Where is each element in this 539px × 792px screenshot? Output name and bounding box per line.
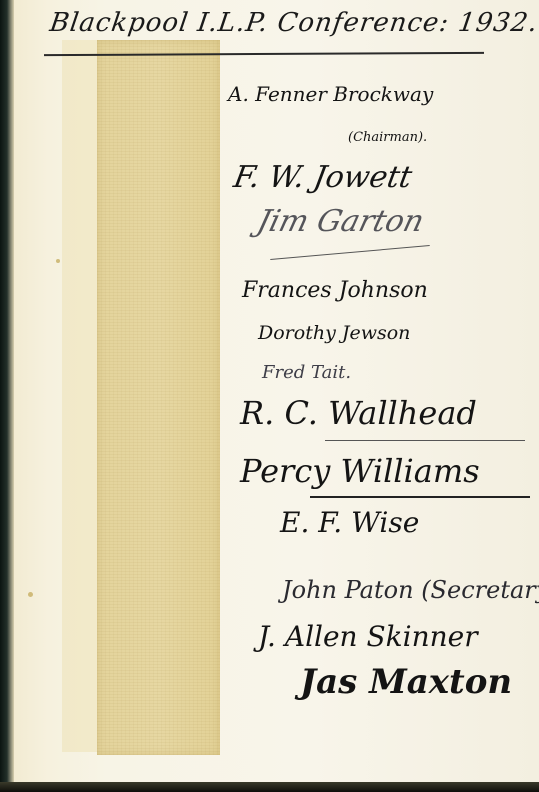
foxing-spot — [28, 592, 33, 597]
signature-williams: Percy Williams — [240, 452, 480, 490]
signature-wallhead: R. C. Wallhead — [240, 394, 477, 432]
signature-jowett: F. W. Jowett — [231, 160, 415, 195]
tape-residue-strip — [62, 40, 98, 752]
page-title: Blackpool I.L.P. Conference: 1932. — [48, 8, 539, 38]
signature-underline — [310, 496, 530, 498]
signature-johnson: Frances Johnson — [242, 278, 428, 303]
signature-brockway-role: (Chairman). — [348, 130, 427, 145]
signature-wise: E. F. Wise — [280, 506, 419, 539]
signature-garton: Jim Garton — [254, 204, 428, 239]
signature-skinner: J. Allen Skinner — [258, 620, 478, 653]
signature-jewson: Dorothy Jewson — [258, 322, 410, 344]
foxing-spot — [56, 259, 60, 263]
book-spine-shadow — [0, 0, 14, 792]
signature-brockway: A. Fenner Brockway — [228, 82, 433, 106]
adhesive-tape-strip — [97, 40, 220, 755]
signature-underline — [325, 440, 525, 441]
signature-paton: John Paton (Secretary) — [282, 576, 539, 604]
signature-tait: Fred Tait. — [262, 362, 351, 383]
signature-maxton: Jas Maxton — [300, 662, 512, 702]
page-bottom-edge — [0, 782, 539, 792]
